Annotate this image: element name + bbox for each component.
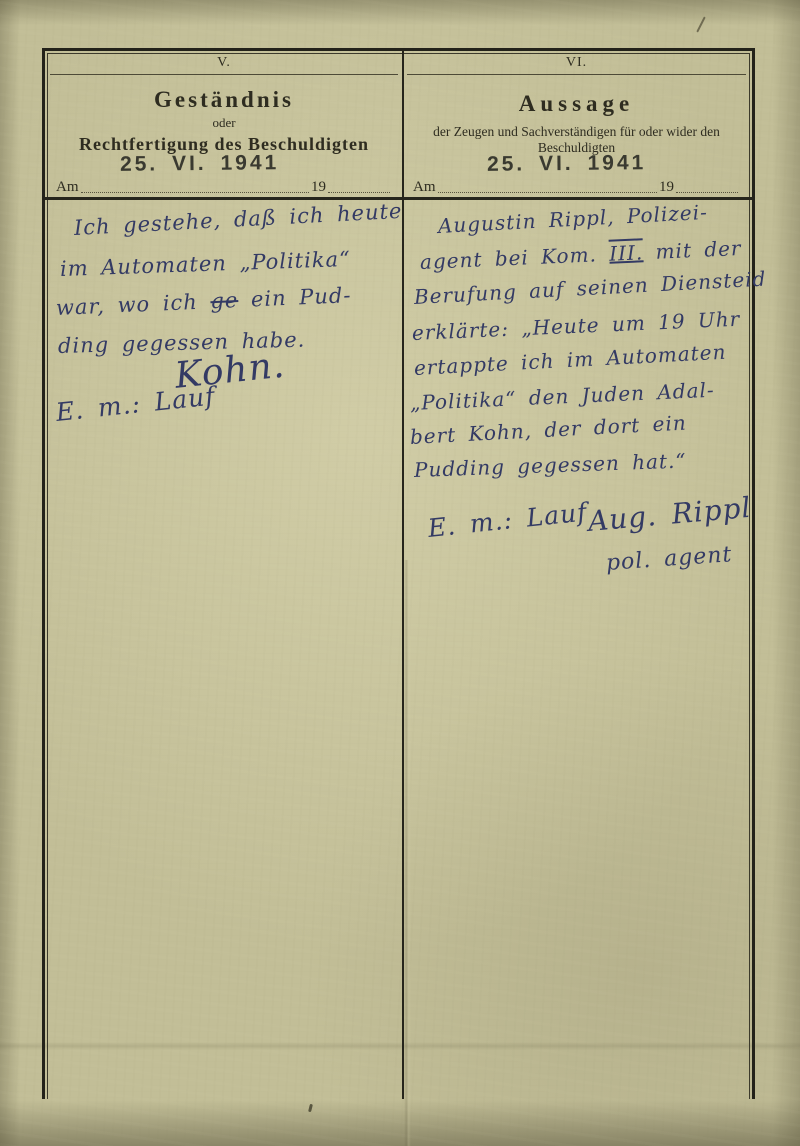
section-v-header: V. Geständnis oder Rechtfertigung des Be… xyxy=(48,52,400,155)
year-prefix-left: 19 xyxy=(311,178,326,196)
oder-label: oder xyxy=(48,115,400,131)
kommissariat-numeral: III. xyxy=(609,240,644,265)
am-label-right: Am xyxy=(413,178,436,196)
confession-line-3-post: ein Pud- xyxy=(238,283,352,312)
dotted-line-left xyxy=(81,191,310,193)
section-vi-number: VI. xyxy=(405,52,748,71)
dotted-line-right-short xyxy=(676,191,738,193)
witness-line-2-post: mit der xyxy=(643,236,742,264)
confession-title: Geständnis xyxy=(48,87,400,113)
year-prefix-right: 19 xyxy=(659,178,674,196)
statement-title: Aussage xyxy=(405,91,748,117)
section-vi-header: VI. Aussage der Zeugen und Sachverständi… xyxy=(405,52,748,156)
ink-speck xyxy=(308,1104,313,1112)
document-page: V. Geständnis oder Rechtfertigung des Be… xyxy=(0,0,800,1146)
am-label-left: Am xyxy=(56,178,79,196)
date-row-left: Am 19 25. VI. 1941 xyxy=(56,174,392,196)
dotted-line-right xyxy=(438,191,658,193)
date-stamp-right: 25. VI. 1941 xyxy=(487,151,647,177)
pen-mark xyxy=(696,16,705,32)
section-v-rule xyxy=(50,74,398,75)
dotted-line-left-short xyxy=(328,191,390,193)
section-v-number: V. xyxy=(48,52,400,71)
witness-subtitle-line1: der Zeugen und Sachverständigen für oder… xyxy=(405,124,748,140)
date-stamp-left: 25. VI. 1941 xyxy=(120,151,280,177)
struck-word: ge xyxy=(210,288,239,313)
section-vi-rule xyxy=(407,74,746,75)
date-row-right: Am 19 25. VI. 1941 xyxy=(413,174,740,196)
